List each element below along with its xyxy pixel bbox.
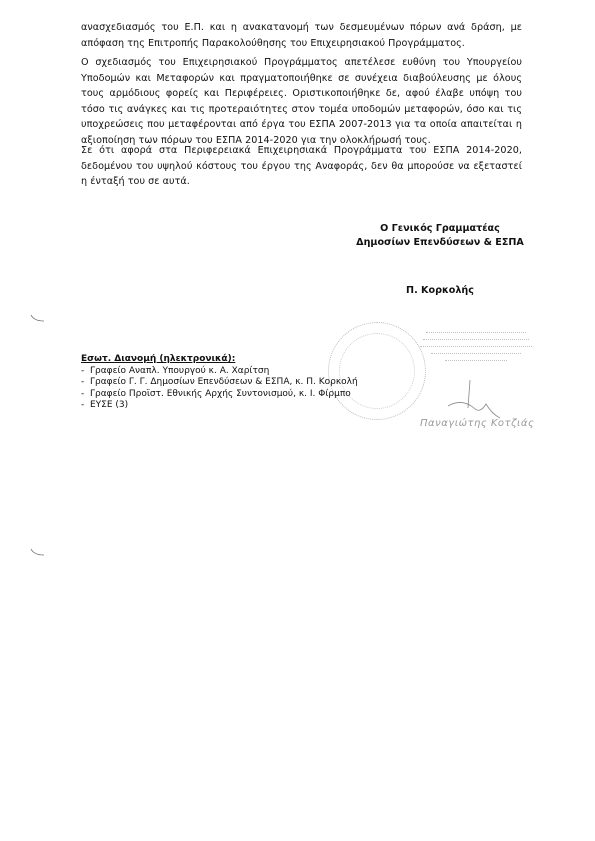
margin-punch-mark-icon <box>30 548 46 558</box>
paragraph-regional-programs: Σε ότι αφορά στα Περιφερειακά Επιχειρησι… <box>81 143 522 190</box>
signatory-title-line1: Ο Γενικός Γραμματέας <box>330 222 550 236</box>
signatory-title-line2: Δημοσίων Επενδύσεων & ΕΣΠΑ <box>330 236 550 250</box>
true-copy-stamp <box>420 328 532 367</box>
distribution-item: Γραφείο Προϊστ. Εθνικής Αρχής Συντονισμο… <box>81 389 358 401</box>
paragraph-program-design: Ο σχεδιασμός του Επιχειρησιακού Προγράμμ… <box>81 55 522 149</box>
signatory-title: Ο Γενικός Γραμματέας Δημοσίων Επενδύσεων… <box>330 222 550 250</box>
distribution-item: Γραφείο Γ. Γ. Δημοσίων Επενδύσεων & ΕΣΠΑ… <box>81 377 358 389</box>
distribution-item: Γραφείο Αναπλ. Υπουργού κ. Α. Χαρίτση <box>81 366 358 378</box>
margin-punch-mark-icon <box>30 314 46 324</box>
handwritten-signature-icon <box>440 378 510 423</box>
distribution-item: ΕΥΣΕ (3) <box>81 400 358 412</box>
document-page: ανασχεδιασμός του Ε.Π. και η ανακατανομή… <box>0 0 595 841</box>
paragraph-ep-redesign: ανασχεδιασμός του Ε.Π. και η ανακατανομή… <box>81 20 522 51</box>
distribution-heading: Εσωτ. Διανομή (ηλεκτρονικά): <box>81 354 358 366</box>
certifier-handwritten-name: Παναγιώτης Κοτζιάς <box>420 418 534 429</box>
signatory-name: Π. Κορκολής <box>330 284 550 298</box>
distribution-list: Γραφείο Αναπλ. Υπουργού κ. Α. Χαρίτση Γρ… <box>81 366 358 412</box>
internal-distribution: Εσωτ. Διανομή (ηλεκτρονικά): Γραφείο Ανα… <box>81 354 358 412</box>
